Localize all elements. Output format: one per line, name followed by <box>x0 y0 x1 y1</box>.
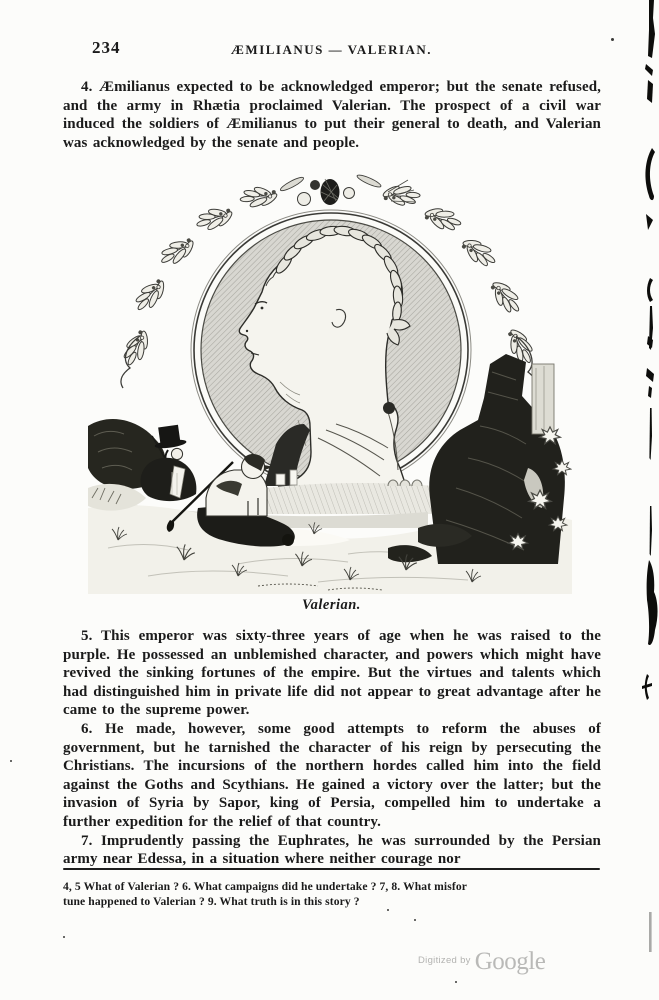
ink-speck <box>63 936 65 938</box>
google-logo: Google <box>475 948 546 975</box>
footnote-questions: 4, 5 What of Valerian ? 6. What campaign… <box>63 880 603 909</box>
ink-speck <box>414 919 416 921</box>
ink-speck <box>387 909 389 911</box>
paragraph-7: 7. Imprudently passing the Euphrates, he… <box>63 832 601 869</box>
paragraph-block-top: 4. Æmilianus expected to be acknowledged… <box>63 78 601 152</box>
digitized-by-google-watermark: Digitized by Google <box>418 948 545 976</box>
book-page: 234 ÆMILIANUS — VALERIAN. 4. Æmilianus e… <box>0 0 659 1000</box>
valerian-engraving <box>88 168 572 594</box>
footnote-line-2: tune happened to Valerian ? 9. What trut… <box>63 895 603 910</box>
running-header: ÆMILIANUS — VALERIAN. <box>63 42 600 58</box>
paragraph-6: 6. He made, however, some good attempts … <box>63 720 601 832</box>
scan-edge-artifacts <box>633 0 659 1000</box>
footnote-line-1: 4, 5 What of Valerian ? 6. What campaign… <box>63 880 603 895</box>
ink-speck <box>611 38 614 41</box>
footnote-rule <box>63 868 600 870</box>
paragraph-4: 4. Æmilianus expected to be acknowledged… <box>63 78 601 152</box>
watermark-prefix: Digitized by <box>418 955 471 966</box>
paragraph-5: 5. This emperor was sixty-three years of… <box>63 627 601 720</box>
ink-speck <box>455 981 457 983</box>
engraving-svg <box>88 168 572 594</box>
dog-figure <box>206 454 274 516</box>
ink-speck <box>10 760 12 762</box>
illustration-caption: Valerian. <box>63 597 600 614</box>
paragraph-block-bottom: 5. This emperor was sixty-three years of… <box>63 627 601 869</box>
